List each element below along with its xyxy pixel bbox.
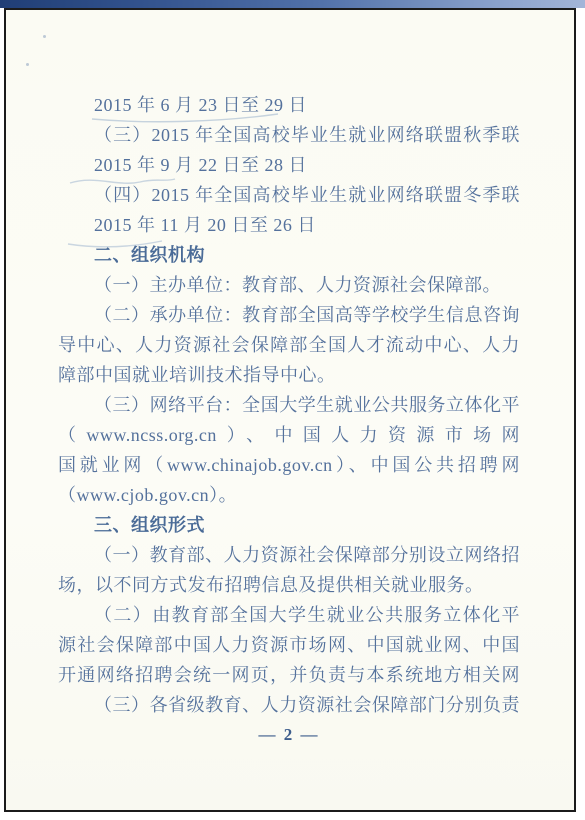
text-line-platform-3: 国就业网（www.chinajob.gov.cn）、中国公共招聘网 [58, 450, 520, 480]
text-line-organizer-1: （二）承办单位：教育部全国高等学校学生信息咨询与就业指 [58, 300, 520, 330]
document-body: 2015 年 6 月 23 日至 29 日 （三）2015 年全国高校毕业生就业… [58, 90, 520, 750]
text-line-section-4-title: （四）2015 年全国高校毕业生就业网络联盟冬季联合招聘周 [58, 180, 520, 210]
text-line-platform-2: （www.ncss.org.cn）、中国人力资源市场网（www.chrm.gov… [58, 420, 520, 450]
scan-edge-bar [0, 0, 585, 8]
text-line-format-3: （三）各省级教育、人力资源社会保障部门分别负责本地区网 [58, 690, 520, 720]
text-line-date-winter: 2015 年 11 月 20 日至 26 日 [58, 210, 520, 240]
text-line-format-2c: 开通网络招聘会统一网页，并负责与本系统地方相关网站的链接。 [58, 660, 520, 690]
text-line-platform-4: （www.cjob.gov.cn）。 [58, 480, 520, 510]
text-line-format-2a: （二）由教育部全国大学生就业公共服务立体化平台、人力资 [58, 600, 520, 630]
scan-speck [26, 63, 29, 66]
text-line-date-summer: 2015 年 6 月 23 日至 29 日 [58, 90, 520, 120]
text-line-host-unit: （一）主办单位：教育部、人力资源社会保障部。 [58, 270, 520, 300]
heading-format: 三、组织形式 [58, 510, 520, 540]
text-line-section-3-title: （三）2015 年全国高校毕业生就业网络联盟秋季联合招聘周 [58, 120, 520, 150]
text-line-organizer-2: 导中心、人力资源社会保障部全国人才流动中心、人力资源社会保 [58, 330, 520, 360]
text-line-format-2b: 源社会保障部中国人力资源市场网、中国就业网、中国公共招聘网 [58, 630, 520, 660]
text-line-date-autumn: 2015 年 9 月 22 日至 28 日 [58, 150, 520, 180]
text-line-platform-1: （三）网络平台：全国大学生就业公共服务立体化平台 [58, 390, 520, 420]
heading-organization: 二、组织机构 [58, 240, 520, 270]
scan-speck [43, 35, 46, 38]
text-line-organizer-3: 障部中国就业培训技术指导中心。 [58, 360, 520, 390]
text-line-format-1b: 场，以不同方式发布招聘信息及提供相关就业服务。 [58, 570, 520, 600]
page-number: — 2 — [58, 720, 520, 750]
text-line-format-1a: （一）教育部、人力资源社会保障部分别设立网络招聘会分会 [58, 540, 520, 570]
document-page: 2015 年 6 月 23 日至 29 日 （三）2015 年全国高校毕业生就业… [4, 8, 576, 812]
